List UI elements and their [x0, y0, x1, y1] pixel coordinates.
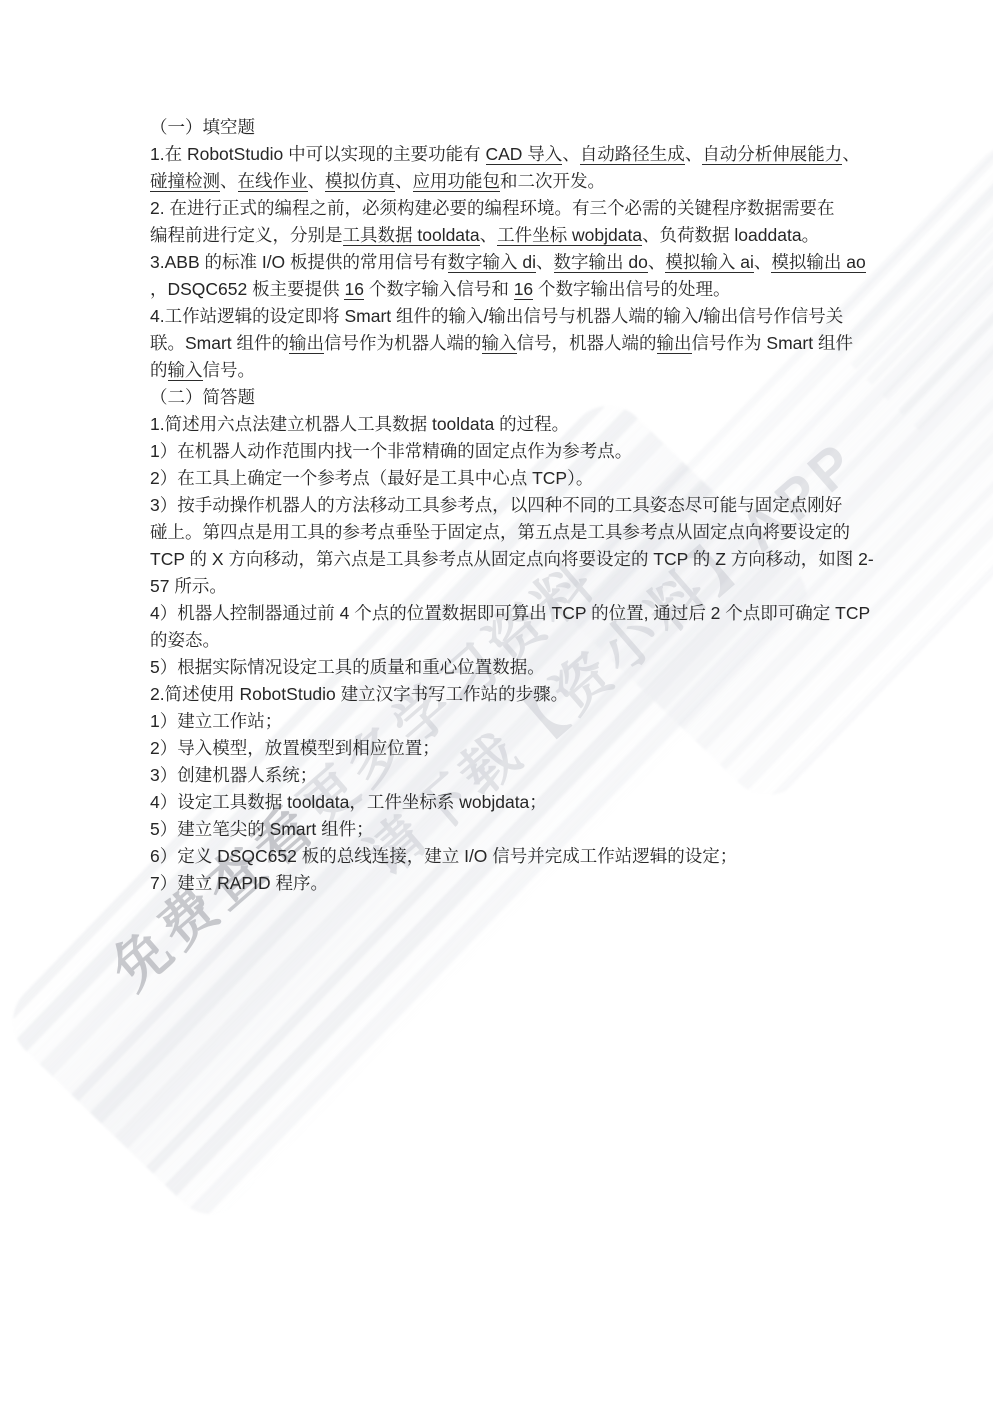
text-segment: （一）填空题	[150, 117, 255, 137]
text-segment: 、	[754, 252, 772, 272]
text-line: 1.简述用六点法建立机器人工具数据 tooldata 的过程。	[150, 411, 860, 438]
document-page: 免费查看更多学习资料 请下载【资小料】APP （一）填空题1.在 RobotSt…	[0, 0, 993, 1404]
text-segment: 信号。	[203, 360, 256, 380]
fill-blank-answer: 输入	[482, 333, 517, 354]
text-line: 57 所示。	[150, 573, 860, 600]
text-segment: 2. 在进行正式的编程之前，必须构建必要的编程环境。有三个必需的关键程序数据需要…	[150, 198, 834, 218]
text-segment: 2）在工具上确定一个参考点（最好是工具中心点 TCP）。	[150, 468, 593, 488]
text-segment: 1）建立工作站；	[150, 711, 282, 731]
fill-blank-answer: 工具数据 tooldata	[343, 225, 480, 246]
text-line: 5）建立笔尖的 Smart 组件；	[150, 816, 860, 843]
fill-blank-answer: CAD 导入	[486, 144, 563, 165]
text-line: 2.简述使用 RobotStudio 建立汉字书写工作站的步骤。	[150, 681, 860, 708]
text-line: 1）建立工作站；	[150, 708, 860, 735]
fill-blank-answer: 输出	[289, 333, 324, 354]
text-segment: 、	[648, 252, 666, 272]
text-line: 联。Smart 组件的输出信号作为机器人端的输入信号，机器人端的输出信号作为 S…	[150, 330, 860, 357]
fill-blank-answer: 16	[344, 279, 363, 300]
text-segment: 2.简述使用 RobotStudio 建立汉字书写工作站的步骤。	[150, 684, 568, 704]
text-segment: 信号，机器人端的	[517, 333, 657, 353]
text-segment: 5）根据实际情况设定工具的质量和重心位置数据。	[150, 657, 545, 677]
fill-blank-answer: 输出	[657, 333, 692, 354]
text-segment: 个数字输入信号和	[364, 279, 514, 299]
text-segment: 3）创建机器人系统；	[150, 765, 317, 785]
fill-blank-answer: 数字输入 di	[448, 252, 536, 273]
text-segment: 3）按手动操作机器人的方法移动工具参考点，以四种不同的工具姿态尽可能与固定点刚好	[150, 495, 842, 515]
fill-blank-answer: 工件坐标 wobjdata	[497, 225, 642, 246]
text-line: 6）定义 DSQC652 板的总线连接，建立 I/O 信号并完成工作站逻辑的设定…	[150, 843, 860, 870]
text-segment: TCP 的 X 方向移动，第六点是工具参考点从固定点向将要设定的 TCP 的 Z…	[150, 549, 874, 569]
fill-blank-answer: 模拟输入 ai	[665, 252, 753, 273]
fill-blank-answer: 模拟输出 ao	[771, 252, 865, 273]
text-segment: 的	[150, 360, 168, 380]
text-segment: 、	[685, 144, 703, 164]
text-segment: 的姿态。	[150, 630, 220, 650]
text-segment: 、	[480, 225, 498, 245]
fill-blank-answer: 数字输出 do	[554, 252, 648, 273]
text-line: 2）在工具上确定一个参考点（最好是工具中心点 TCP）。	[150, 465, 860, 492]
text-line: 7）建立 RAPID 程序。	[150, 870, 860, 897]
text-line: 4.工作站逻辑的设定即将 Smart 组件的输入/输出信号与机器人端的输入/输出…	[150, 303, 860, 330]
fill-blank-answer: 16	[514, 279, 533, 300]
text-segment: 碰上。第四点是用工具的参考点垂坠于固定点，第五点是工具参考点从固定点向将要设定的	[150, 522, 850, 542]
text-segment: 联。Smart 组件的	[150, 333, 289, 353]
text-segment: 7）建立 RAPID 程序。	[150, 873, 328, 893]
text-segment: 、	[562, 144, 580, 164]
text-line: TCP 的 X 方向移动，第六点是工具参考点从固定点向将要设定的 TCP 的 Z…	[150, 546, 860, 573]
text-line: （二）简答题	[150, 384, 860, 411]
text-line: 3.ABB 的标准 I/O 板提供的常用信号有数字输入 di、数字输出 do、模…	[150, 249, 860, 276]
text-segment: 1.在 RobotStudio 中可以实现的主要功能有	[150, 144, 486, 164]
text-line: 3）按手动操作机器人的方法移动工具参考点，以四种不同的工具姿态尽可能与固定点刚好	[150, 492, 860, 519]
text-segment: 6）定义 DSQC652 板的总线连接，建立 I/O 信号并完成工作站逻辑的设定…	[150, 846, 737, 866]
text-line: 4）设定工具数据 tooldata，工件坐标系 wobjdata；	[150, 789, 860, 816]
text-segment: 、	[308, 171, 326, 191]
text-segment: 个数字输出信号的处理。	[533, 279, 730, 299]
fill-blank-answer: 模拟仿真	[325, 171, 395, 192]
text-segment: 4）机器人控制器通过前 4 个点的位置数据即可算出 TCP 的位置, 通过后 2…	[150, 603, 870, 623]
document-body: （一）填空题1.在 RobotStudio 中可以实现的主要功能有 CAD 导入…	[150, 114, 860, 897]
text-line: 碰上。第四点是用工具的参考点垂坠于固定点，第五点是工具参考点从固定点向将要设定的	[150, 519, 860, 546]
fill-blank-answer: 自动路径生成	[580, 144, 685, 165]
text-line: 2）导入模型，放置模型到相应位置；	[150, 735, 860, 762]
text-line: 碰撞检测、在线作业、模拟仿真、应用功能包和二次开发。	[150, 168, 860, 195]
text-line: ，DSQC652 板主要提供 16 个数字输入信号和 16 个数字输出信号的处理…	[150, 276, 860, 303]
text-line: 的姿态。	[150, 627, 860, 654]
fill-blank-answer: 在线作业	[238, 171, 308, 192]
text-segment: 3.ABB 的标准 I/O 板提供的常用信号有	[150, 252, 448, 272]
text-segment: 1.简述用六点法建立机器人工具数据 tooldata 的过程。	[150, 414, 569, 434]
text-segment: 和二次开发。	[500, 171, 605, 191]
text-line: 4）机器人控制器通过前 4 个点的位置数据即可算出 TCP 的位置, 通过后 2…	[150, 600, 860, 627]
fill-blank-answer: 碰撞检测	[150, 171, 220, 192]
text-line: 的输入信号。	[150, 357, 860, 384]
fill-blank-answer: 自动分析伸展能力	[702, 144, 842, 165]
text-line: 1.在 RobotStudio 中可以实现的主要功能有 CAD 导入、自动路径生…	[150, 141, 860, 168]
text-segment: 编程前进行定义，分别是	[150, 225, 343, 245]
text-segment: 2）导入模型，放置模型到相应位置；	[150, 738, 440, 758]
text-segment: 4）设定工具数据 tooldata，工件坐标系 wobjdata；	[150, 792, 547, 812]
text-segment: 信号作为机器人端的	[324, 333, 482, 353]
text-segment: 4.工作站逻辑的设定即将 Smart 组件的输入/输出信号与机器人端的输入/输出…	[150, 306, 843, 326]
fill-blank-answer: 输入	[168, 360, 203, 381]
text-line: 2. 在进行正式的编程之前，必须构建必要的编程环境。有三个必需的关键程序数据需要…	[150, 195, 860, 222]
text-segment: 1）在机器人动作范围内找一个非常精确的固定点作为参考点。	[150, 441, 632, 461]
text-line: 1）在机器人动作范围内找一个非常精确的固定点作为参考点。	[150, 438, 860, 465]
text-segment: 、	[842, 144, 860, 164]
text-segment: 、	[220, 171, 238, 191]
text-segment: 信号作为 Smart 组件	[692, 333, 853, 353]
text-segment: 5）建立笔尖的 Smart 组件；	[150, 819, 374, 839]
fill-blank-answer: 应用功能包	[413, 171, 501, 192]
text-segment: 、	[395, 171, 413, 191]
text-segment: （二）简答题	[150, 387, 255, 407]
text-line: 编程前进行定义，分别是工具数据 tooldata、工件坐标 wobjdata、负…	[150, 222, 860, 249]
text-segment: 57 所示。	[150, 576, 227, 596]
text-segment: 、负荷数据 loaddata。	[642, 225, 819, 245]
text-line: 5）根据实际情况设定工具的质量和重心位置数据。	[150, 654, 860, 681]
text-segment: ，DSQC652 板主要提供	[150, 279, 344, 299]
text-line: （一）填空题	[150, 114, 860, 141]
text-segment: 、	[536, 252, 554, 272]
text-line: 3）创建机器人系统；	[150, 762, 860, 789]
